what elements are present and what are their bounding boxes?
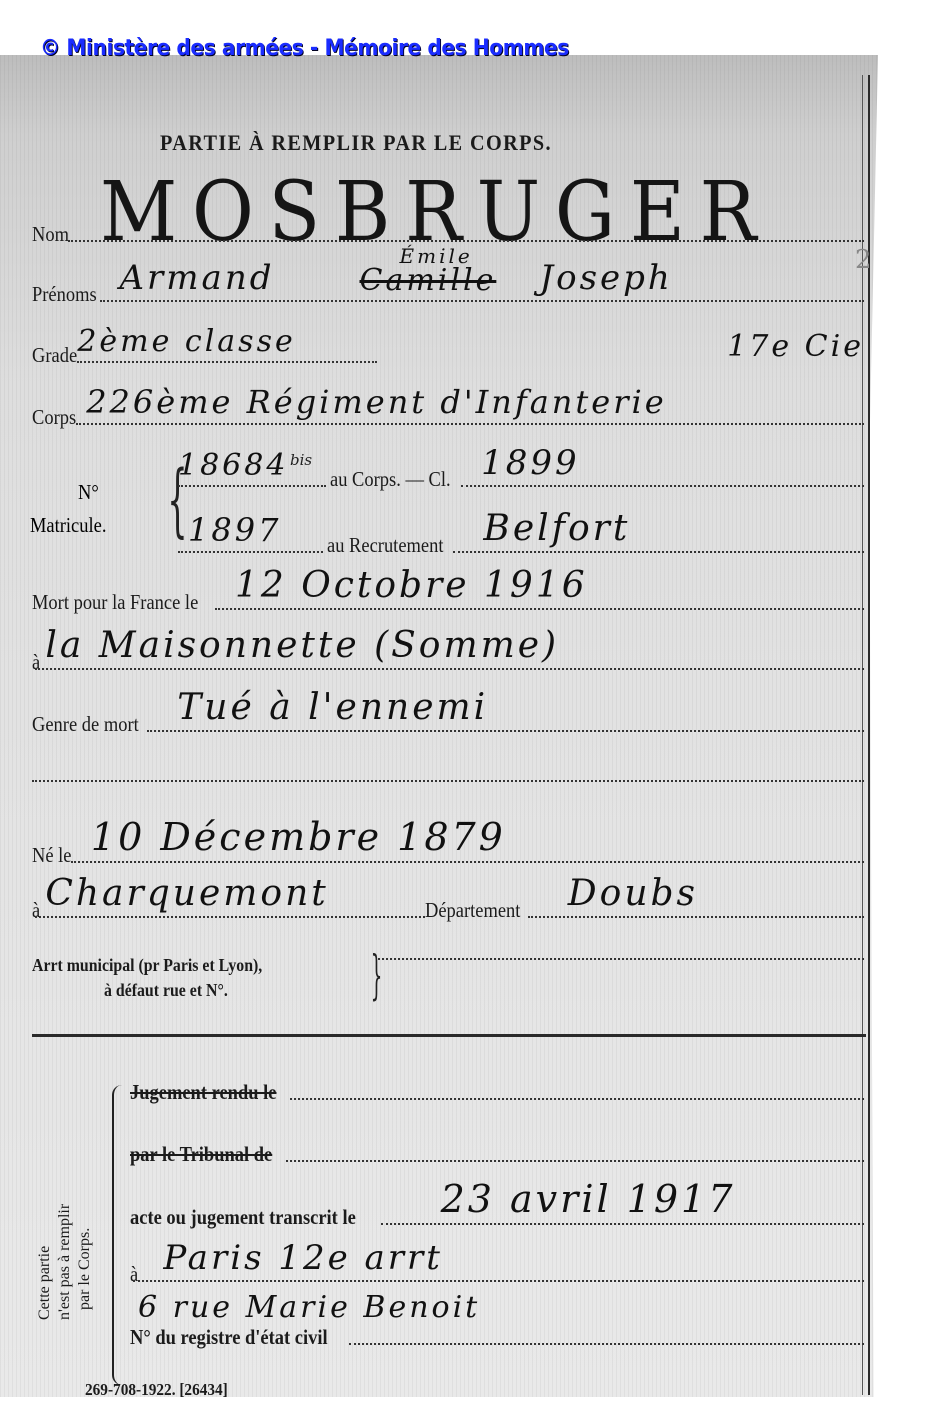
side-note: Cette partie n'est pas à remplir par le … <box>30 1120 110 1320</box>
tribunal-label: par le Tribunal de <box>130 1142 272 1167</box>
field-registre: N° du registre d'état civil <box>130 1325 864 1350</box>
prenom-inserted: Émile <box>400 244 473 268</box>
matricule-label: Matricule. <box>30 513 106 538</box>
au-corps-label: au Corps. — Cl. <box>330 467 451 492</box>
side-note-line1: Cette partie <box>36 1246 54 1320</box>
jugement-dotted-line <box>290 1098 864 1100</box>
prenoms-dotted-line: Armand Camille Émile Joseph <box>100 300 865 302</box>
mort-lieu-dotted-line: la Maisonnette (Somme) <box>35 668 864 670</box>
company-value: 17e Cie <box>727 329 864 364</box>
registre-dotted-line <box>349 1343 864 1345</box>
transcrit-value: 23 avril 1917 <box>441 1177 736 1221</box>
lieu-transcription-value: Paris 12e arrt <box>163 1238 443 1278</box>
au-recrutement-label: au Recrutement <box>327 533 443 558</box>
mort-lieu-value: la Maisonnette (Somme) <box>45 625 559 666</box>
departement-value: Doubs <box>568 873 698 914</box>
arrondissement-label-2: à défaut rue et N°. <box>104 980 228 1001</box>
prenom-joseph: Joseph <box>540 258 673 298</box>
field-mort-date: Mort pour la France le 12 Octobre 1916 <box>32 590 864 615</box>
classe-dotted-line: 1899 <box>461 485 864 487</box>
corps-label: Corps <box>32 405 76 430</box>
lower-section-brace <box>112 1085 122 1385</box>
transcrit-dotted-line: 23 avril 1917 <box>381 1223 864 1225</box>
departement-label: Département <box>425 898 520 923</box>
grade-label: Grade <box>32 343 77 368</box>
field-arrondissement <box>378 958 864 965</box>
blank-dotted-line <box>32 780 864 782</box>
field-matricule-corps: 18684 bis au Corps. — Cl. 1899 <box>178 467 864 492</box>
lieu-transcription-address: 6 rue Marie Benoit <box>138 1290 480 1325</box>
copyright-watermark: © Ministère des armées - Mémoire des Hom… <box>40 36 569 61</box>
field-genre-mort: Genre de mort Tué à l'ennemi <box>32 712 864 737</box>
genre-mort-dotted-line: Tué à l'ennemi <box>147 730 864 732</box>
print-code: 269-708-1922. [26434] <box>85 1380 228 1400</box>
recrutement-number: 1897 <box>188 511 281 549</box>
mort-lieu-label: à <box>32 650 40 675</box>
field-corps: Corps 226ème Régiment d'Infanterie <box>32 405 864 430</box>
naissance-lieu-value: Charquemont <box>45 873 328 914</box>
naissance-date-value: 10 Décembre 1879 <box>91 815 506 859</box>
prenom-struck: Camille <box>360 263 497 298</box>
arrondissement-dotted-line <box>378 958 864 960</box>
side-note-line2: n'est pas à remplir <box>56 1204 74 1320</box>
registre-label: N° du registre d'état civil <box>130 1325 328 1350</box>
matricule-corps-number: 18684 <box>178 448 288 483</box>
nom-dotted-line <box>68 240 864 242</box>
jugement-label: Jugement rendu le <box>130 1080 276 1105</box>
section-divider <box>32 1034 866 1037</box>
field-naissance-lieu: à Charquemont Département Doubs <box>32 898 864 923</box>
naissance-lieu-label: à <box>32 898 40 923</box>
recrutement-place-dotted-line: Belfort <box>453 551 864 553</box>
field-transcrit: acte ou jugement transcrit le 23 avril 1… <box>130 1205 864 1230</box>
side-note-line3: par le Corps. <box>76 1228 94 1310</box>
field-grade: Grade 2ème classe 17e Cie <box>32 343 864 368</box>
transcrit-label: acte ou jugement transcrit le <box>130 1205 356 1230</box>
matricule-recrutement-dotted-line: 1897 <box>178 551 323 553</box>
matricule-corps-dotted-line: 18684 bis <box>178 485 326 487</box>
naissance-lieu-dotted-line: Charquemont <box>35 916 425 918</box>
field-tribunal: par le Tribunal de <box>130 1142 864 1167</box>
matricule-bis: bis <box>290 451 312 469</box>
nom-label: Nom <box>32 222 69 247</box>
tribunal-dotted-line <box>286 1160 864 1162</box>
classe-value: 1899 <box>481 443 580 483</box>
field-jugement: Jugement rendu le <box>130 1080 864 1105</box>
grade-dotted-line: 2ème classe <box>77 361 377 363</box>
blank-line <box>32 780 864 787</box>
corps-value: 226ème Régiment d'Infanterie <box>86 383 666 421</box>
no-label: N° <box>78 480 99 505</box>
arrondissement-label-1: Arrt municipal (pr Paris et Lyon), <box>32 955 262 976</box>
lieu-transcription-label: à <box>130 1262 138 1287</box>
mort-label: Mort pour la France le <box>32 590 198 615</box>
grade-value: 2ème classe <box>77 324 295 359</box>
naissance-label: Né le <box>32 843 72 868</box>
field-naissance-date: Né le 10 Décembre 1879 <box>32 843 864 868</box>
genre-mort-label: Genre de mort <box>32 712 139 737</box>
field-lieu-transcription: à Paris 12e arrt <box>130 1262 864 1287</box>
genre-mort-value: Tué à l'ennemi <box>177 687 488 728</box>
margin-number: 2 <box>855 245 872 275</box>
corps-dotted-line: 226ème Régiment d'Infanterie <box>76 423 864 425</box>
naissance-dotted-line: 10 Décembre 1879 <box>71 861 864 863</box>
prenom-armand: Armand <box>120 258 275 298</box>
mort-date-value: 12 Octobre 1916 <box>235 565 588 606</box>
lieu-transcription-dotted-line: Paris 12e arrt <box>133 1280 864 1282</box>
recrutement-place: Belfort <box>483 508 630 549</box>
mort-dotted-line: 12 Octobre 1916 <box>215 608 864 610</box>
field-mort-lieu: à la Maisonnette (Somme) <box>32 650 864 675</box>
form-header: PARTIE À REMPLIR PAR LE CORPS. <box>160 130 552 156</box>
prenoms-label: Prénoms <box>32 282 97 307</box>
field-prenoms: Prénoms Armand Camille Émile Joseph <box>32 282 864 307</box>
field-matricule-recrutement: 1897 au Recrutement Belfort <box>178 533 864 558</box>
departement-dotted-line: Doubs <box>528 916 864 918</box>
